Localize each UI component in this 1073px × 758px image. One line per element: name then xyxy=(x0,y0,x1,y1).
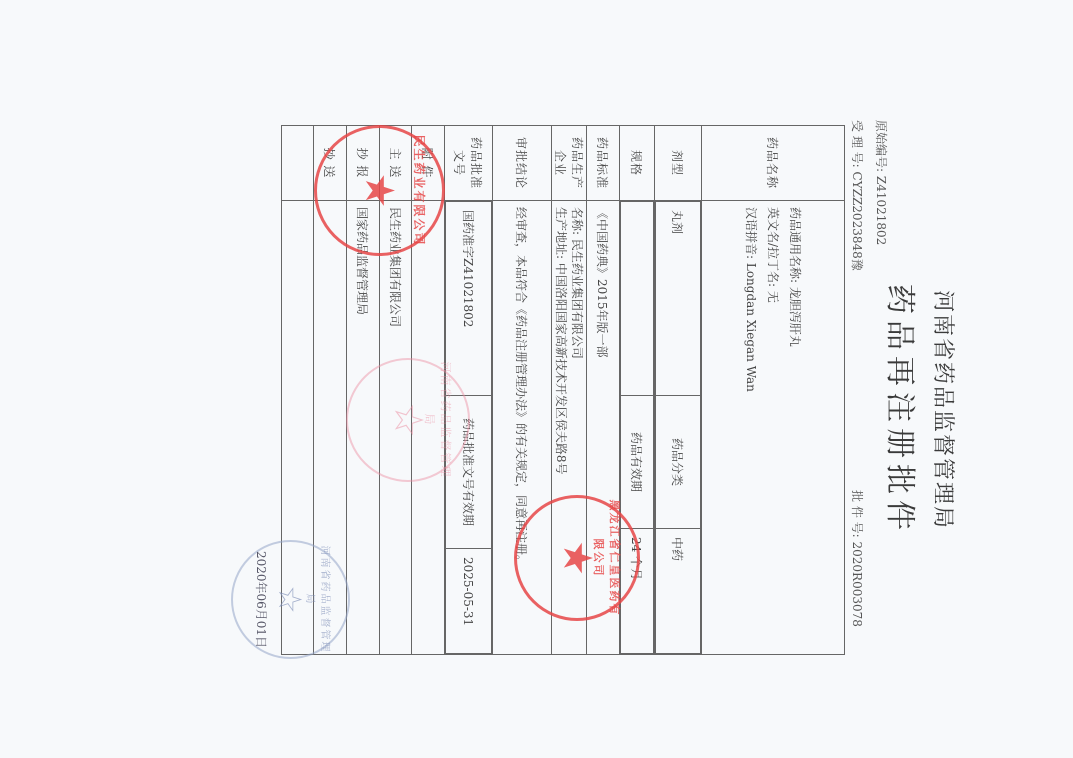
specification-label: 规格 xyxy=(620,126,655,201)
approval-doc-number-label: 批 件 号: xyxy=(850,490,864,538)
approval-doc-number-value: 2020R003078 xyxy=(850,542,864,627)
drug-name-label: 药品名称 xyxy=(702,126,845,201)
cc-send-value xyxy=(314,201,347,655)
standard-value: 《中国药典》2015年版一部 xyxy=(587,201,620,655)
drug-name-value: 药品通用名称: 龙胆泻肝丸 英文名/拉丁名: 无 汉语拼音: Longdan X… xyxy=(702,201,845,655)
attachment-value xyxy=(412,201,445,655)
approval-validity-value: 2025-05-31 xyxy=(446,549,492,654)
generic-name: 药品通用名称: 龙胆泻肝丸 xyxy=(784,207,806,648)
cc-report-value: 国家药品监督管理局 xyxy=(347,201,380,655)
row-standard: 药品标准 《中国药典》2015年版一部 xyxy=(587,126,620,655)
row-dosage-form: 剂型 丸剂 药品分类 中药 xyxy=(655,126,702,655)
dosage-form-label: 剂型 xyxy=(655,126,702,201)
row-approval-number: 药品批准文号 国药准字Z41021802 药品批准文号有效期 2025-05-3… xyxy=(445,126,493,655)
acceptance-number-value: CYZZ2023848豫 xyxy=(850,172,864,271)
acceptance-number-label: 受 理 号: xyxy=(850,120,864,168)
drug-validity-label: 药品有效期 xyxy=(621,396,654,529)
manufacturer-address: 生产地址: 中国洛阳国家高新技术开发区侯夫路8号 xyxy=(553,207,569,648)
original-number-value: Z41021802 xyxy=(874,176,888,245)
approval-table: 药品名称 药品通用名称: 龙胆泻肝丸 英文名/拉丁名: 无 汉语拼音: Long… xyxy=(281,125,845,655)
main-recipient-label: 主 送 xyxy=(380,126,412,201)
row-cc-report: 抄 报 国家药品监督管理局 xyxy=(347,126,380,655)
row-attachment: 附 件 xyxy=(412,126,445,655)
manufacturer-name: 名称: 民生药业集团有限公司 xyxy=(569,207,585,648)
row-manufacturer: 药品生产企业 名称: 民生药业集团有限公司 生产地址: 中国洛阳国家高新技术开发… xyxy=(552,126,587,655)
original-number: 原始编号: Z41021802 xyxy=(873,120,890,245)
manufacturer-label: 药品生产企业 xyxy=(552,126,587,201)
manufacturer-value: 名称: 民生药业集团有限公司 生产地址: 中国洛阳国家高新技术开发区侯夫路8号 xyxy=(552,201,587,655)
conclusion-value: 经审查，本品符合《药品注册管理办法》的有关规定，同意再注册。 xyxy=(493,201,552,655)
row-specification: 规格 药品有效期 24 个月 xyxy=(620,126,655,655)
row-cc-send: 抄 送 xyxy=(314,126,347,655)
cc-report-label: 抄 报 xyxy=(347,126,380,201)
approval-document: 河南省药品监督管理局 药品再注册批件 原始编号: Z41021802 受 理 号… xyxy=(200,100,1000,720)
original-number-label: 原始编号: xyxy=(874,120,888,172)
row-blank xyxy=(282,126,314,655)
row-main-recipient: 主 送 民生药业集团有限公司 xyxy=(380,126,412,655)
approval-validity-label: 药品批准文号有效期 xyxy=(446,396,492,549)
drug-category-value: 中药 xyxy=(656,529,701,654)
row-conclusion: 审批结论 经审查，本品符合《药品注册管理办法》的有关规定，同意再注册。 xyxy=(493,126,552,655)
row-drug-name: 药品名称 药品通用名称: 龙胆泻肝丸 英文名/拉丁名: 无 汉语拼音: Long… xyxy=(702,126,845,655)
approval-number-value: 国药准字Z41021802 xyxy=(446,202,492,396)
attachment-label: 附 件 xyxy=(412,126,445,201)
drug-category-label: 药品分类 xyxy=(656,396,701,529)
conclusion-label: 审批结论 xyxy=(493,126,552,201)
standard-label: 药品标准 xyxy=(587,126,620,201)
dosage-form-value: 丸剂 xyxy=(656,202,701,396)
approval-doc-number: 批 件 号: 2020R003078 xyxy=(849,490,866,627)
approval-number-label: 药品批准文号 xyxy=(445,126,493,201)
acceptance-number: 受 理 号: CYZZ2023848豫 xyxy=(849,120,866,271)
english-latin-name: 英文名/拉丁名: 无 xyxy=(762,207,784,648)
cc-send-label: 抄 送 xyxy=(314,126,347,201)
main-recipient-value: 民生药业集团有限公司 xyxy=(380,201,412,655)
pinyin-name: 汉语拼音: Longdan Xiegan Wan xyxy=(740,207,762,648)
drug-validity-value: 24 个月 xyxy=(621,529,654,654)
agency-name: 河南省药品监督管理局 xyxy=(929,100,960,720)
specification-value xyxy=(621,202,654,396)
